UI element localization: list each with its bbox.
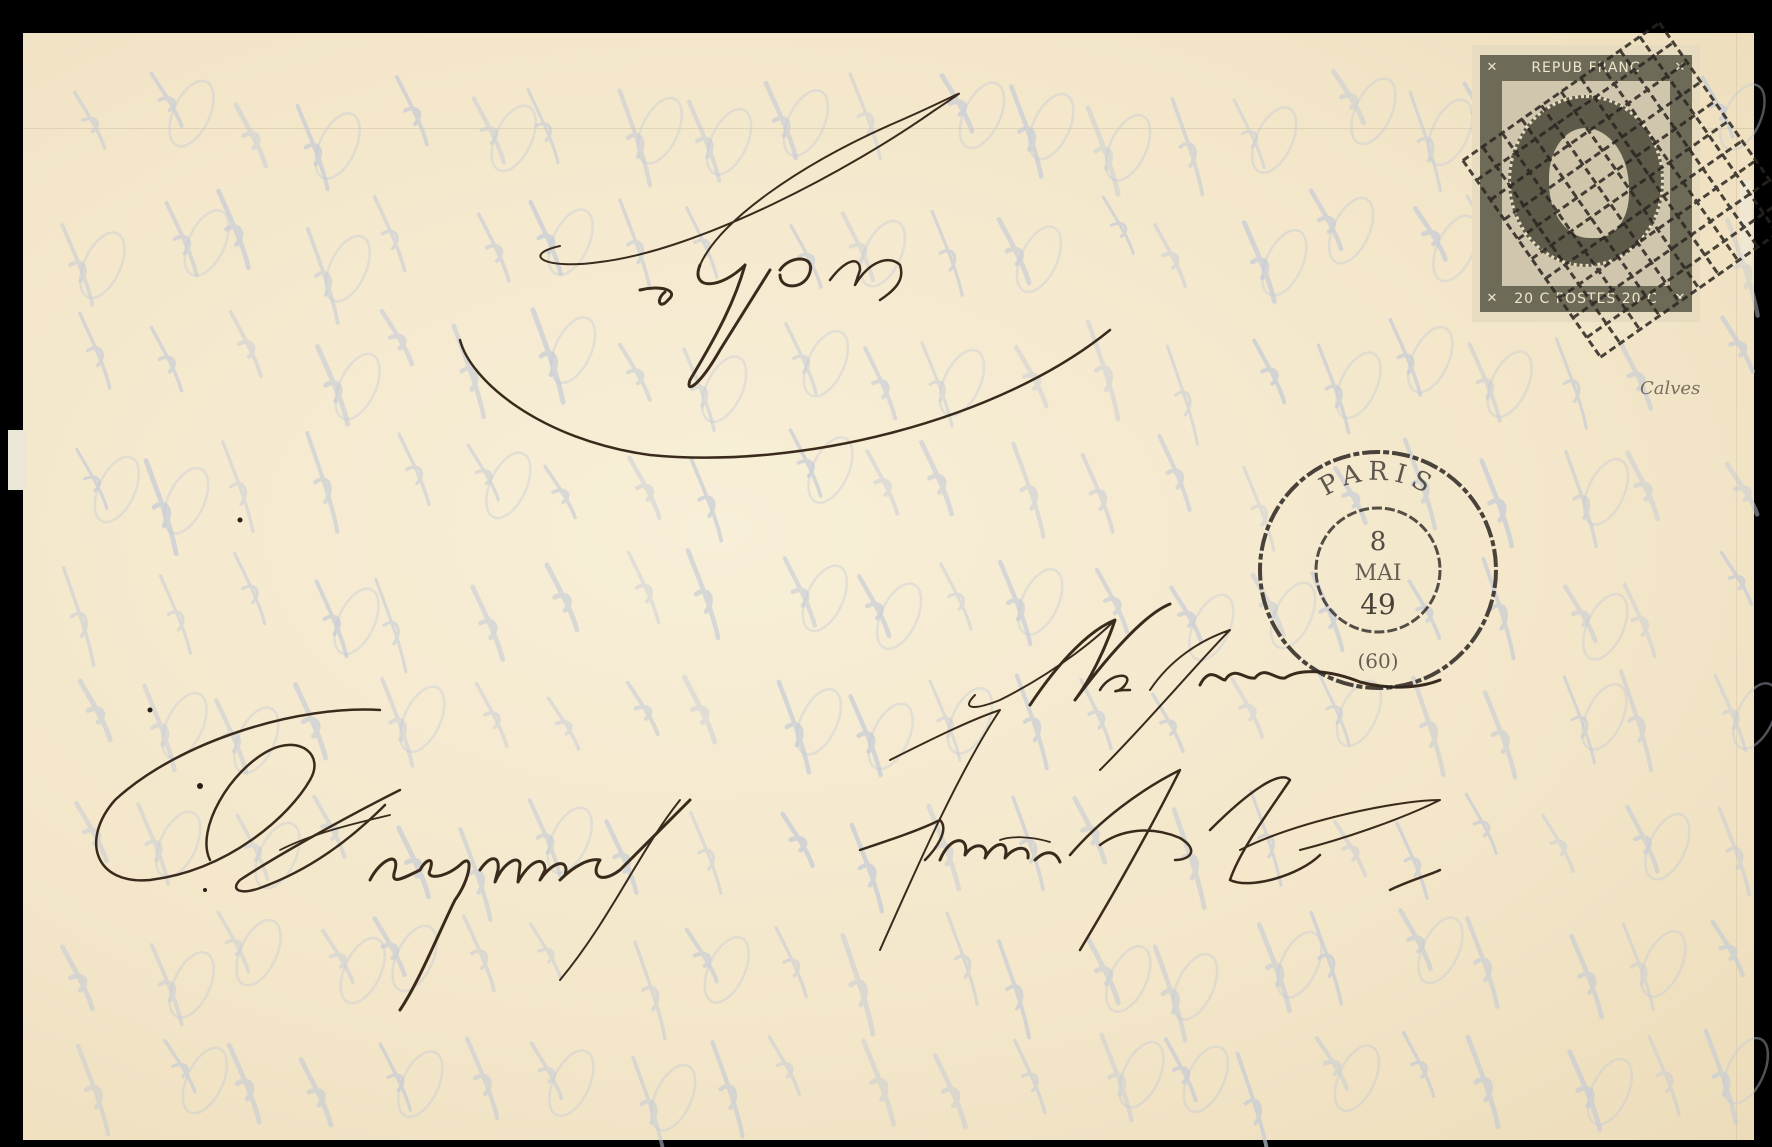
postmark-city: PARIS [1314,457,1441,503]
postmark: PARIS 8 MAI 49 (60) [0,0,1772,1147]
postmark-month: MAI [1354,561,1401,586]
expert-signature: Calves [1640,378,1700,399]
postmark-day: 8 [1370,527,1387,557]
svg-text:PARIS: PARIS [1314,457,1441,503]
postmark-year: 49 [1360,588,1396,621]
postmark-bottom-text: (60) [1357,649,1398,673]
